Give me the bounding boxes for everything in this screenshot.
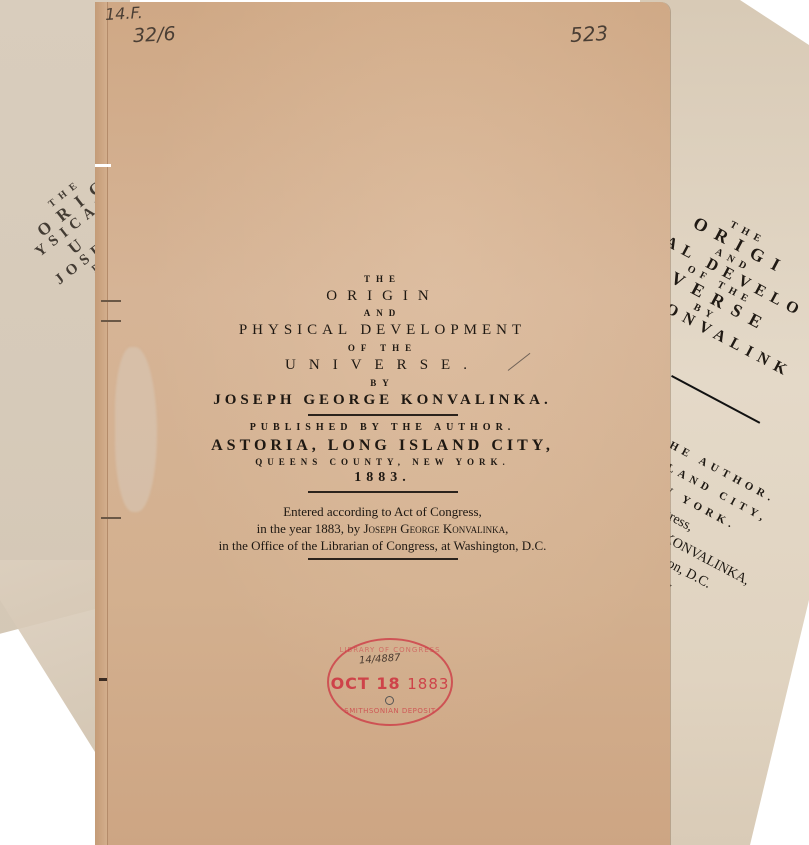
title-and: AND — [95, 306, 670, 320]
copyright-line-2: in the year 1883, by Joseph George Konva… — [95, 520, 670, 537]
copyright-stamp: LIBRARY OF CONGRESS 14/4887 OCT 18 1883 … — [327, 638, 453, 726]
place-line-1: ASTORIA, LONG ISLAND CITY, — [95, 436, 670, 455]
place-line-2: QUEENS COUNTY, NEW YORK. — [95, 455, 670, 469]
edge-tear — [95, 164, 111, 167]
copyright-line-1: Entered according to Act of Congress, — [95, 503, 670, 520]
stamp-bottom-text: SMITHSONIAN DEPOSIT — [329, 707, 451, 715]
title-origin: ORIGIN — [95, 286, 670, 306]
publisher-line: PUBLISHED BY THE AUTHOR. — [95, 420, 670, 436]
title-universe: UNIVERSE. — [95, 355, 670, 376]
stamp-date: OCT 18 1883 — [329, 674, 451, 693]
author-name: JOSEPH GEORGE KONVALINKA. — [95, 390, 670, 410]
title-by: BY — [95, 376, 670, 390]
edge-tear — [99, 678, 107, 681]
handwritten-catalog-mark: 14.F. — [105, 3, 144, 24]
divider-rule — [308, 491, 458, 493]
publication-year: 1883. — [95, 469, 670, 487]
back-page-left-fold — [0, 560, 100, 760]
stamp-handwritten-number: 14/4887 — [359, 653, 401, 667]
divider-rule — [308, 558, 458, 560]
copyright-author-name: Joseph George Konvalinka, — [363, 521, 508, 536]
stamp-year: 1883 — [407, 675, 449, 693]
divider-rule — [308, 414, 458, 416]
handwritten-catalog-number: 32/6 — [132, 23, 176, 47]
pamphlet-cover: 14.F. 32/6 523 THE ORIGIN AND PHYSICAL D… — [95, 2, 670, 845]
title-page-text: THE ORIGIN AND PHYSICAL DEVELOPMENT OF T… — [95, 272, 670, 564]
title-the: THE — [95, 272, 670, 286]
copyright-line-3: in the Office of the Librarian of Congre… — [95, 537, 670, 554]
title-of-the: OF THE — [95, 341, 670, 355]
photo-stage: THE ORIG YSICAL D U N JOSEPH G PUBL ASTO… — [0, 0, 809, 845]
handwritten-page-number: 523 — [569, 21, 608, 47]
copyright-line-2-prefix: in the year 1883, by — [257, 521, 364, 536]
stamp-month-day: OCT 18 — [331, 674, 401, 693]
copyright-notice: Entered according to Act of Congress, in… — [95, 503, 670, 554]
title-physical-development: PHYSICAL DEVELOPMENT — [95, 320, 670, 341]
stamp-circle-icon — [385, 696, 394, 705]
